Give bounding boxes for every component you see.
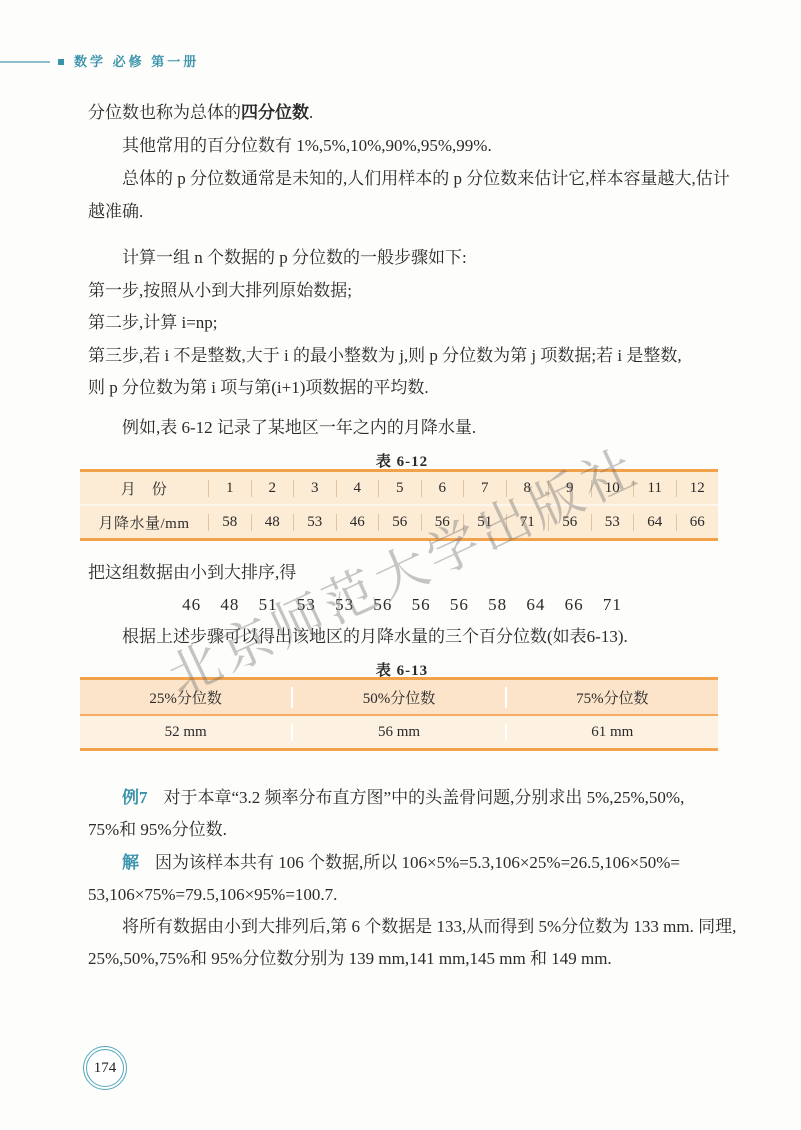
step-line: 则 p 分位数为第 i 项与第(i+1)项数据的平均数. (88, 376, 716, 400)
table-cell: 12 (676, 480, 719, 497)
step-line: 第一步,按照从小到大排列原始数据; (88, 279, 716, 303)
table-cell: 8 (506, 480, 549, 497)
table-6-12-data-row: 月降水量/mm 58 48 53 46 56 56 51 71 56 53 64… (80, 506, 718, 538)
example7-line: 例7对于本章“3.2 频率分布直方图”中的头盖骨问题,分别求出 5%,25%,5… (88, 786, 750, 810)
table-cell: 66 (676, 514, 719, 531)
text-run: 因为该样本共有 106 个数据,所以 106×5%=5.3,106×25%=26… (155, 853, 680, 872)
header-rule (0, 61, 50, 63)
table-cell: 53 (591, 514, 634, 531)
solution-line: 将所有数据由小到大排列后,第 6 个数据是 133,从而得到 5%分位数为 13… (88, 915, 750, 939)
table-6-12-title: 表 6-12 (88, 450, 716, 471)
example-intro-line: 例如,表 6-12 记录了某地区一年之内的月降水量. (88, 416, 750, 440)
table-cell-month-label: 月 份 (80, 478, 208, 499)
table-cell: 6 (421, 480, 464, 497)
solution-line: 解因为该样本共有 106 个数据,所以 106×5%=5.3,106×25%=2… (88, 851, 750, 875)
table-cell: 1 (208, 480, 251, 497)
table-6-12: 月 份 1 2 3 4 5 6 7 8 9 10 11 12 月降水量/mm 5… (80, 469, 718, 541)
table-cell: 46 (336, 514, 379, 531)
book-title: 数学 必修 第一册 (74, 51, 199, 70)
table-cell: 56 (421, 514, 464, 531)
table-cell: 75%分位数 (505, 687, 718, 708)
sorted-values-line: 46 48 51 53 53 56 56 56 58 64 66 71 (88, 593, 716, 617)
page-number: 174 (86, 1049, 124, 1087)
table-6-13-value-row: 52 mm 56 mm 61 mm (80, 716, 718, 748)
table-cell: 61 mm (505, 724, 718, 741)
header-marker-icon (58, 59, 64, 65)
table-cell: 5 (378, 480, 421, 497)
table-cell: 9 (548, 480, 591, 497)
bold-term: 四分位数 (241, 103, 309, 122)
table-cell: 53 (293, 514, 336, 531)
table-cell: 3 (293, 480, 336, 497)
table-cell: 64 (633, 514, 676, 531)
table-6-13-header-row: 25%分位数 50%分位数 75%分位数 (80, 680, 718, 716)
paragraph-line: 总体的 p 分位数通常是未知的,人们用样本的 p 分位数来估计它,样本容量越大,… (88, 167, 750, 191)
table-cell: 56 (378, 514, 421, 531)
table-cell: 56 mm (291, 724, 504, 741)
paragraph-line: 越准确. (88, 200, 716, 224)
table-cell: 56 (548, 514, 591, 531)
solution-line: 53,106×75%=79.5,106×95%=100.7. (88, 883, 716, 907)
textbook-page: 数学 必修 第一册 分位数也称为总体的四分位数. 其他常用的百分位数有 1%,5… (0, 0, 801, 1130)
paragraph-line: 分位数也称为总体的四分位数. (88, 101, 716, 125)
table-cell: 10 (591, 480, 634, 497)
table-cell: 11 (633, 480, 676, 497)
table-6-13: 25%分位数 50%分位数 75%分位数 52 mm 56 mm 61 mm (80, 677, 718, 751)
table-cell: 71 (506, 514, 549, 531)
example7-label: 例7 (122, 788, 148, 807)
table-cell: 58 (208, 514, 251, 531)
table-cell: 7 (463, 480, 506, 497)
table-cell-rainfall-label: 月降水量/mm (80, 512, 208, 533)
sorted-conclusion-line: 根据上述步骤可以得出该地区的月降水量的三个百分位数(如表6-13). (88, 625, 750, 649)
table-cell: 25%分位数 (80, 687, 291, 708)
solution-label: 解 (122, 853, 139, 872)
table-cell: 2 (251, 480, 294, 497)
table-cell: 50%分位数 (291, 687, 504, 708)
text-run: . (309, 103, 313, 122)
table-cell: 52 mm (80, 724, 291, 741)
table-6-12-header-row: 月 份 1 2 3 4 5 6 7 8 9 10 11 12 (80, 472, 718, 506)
table-cell: 4 (336, 480, 379, 497)
table-cell: 51 (463, 514, 506, 531)
text-run: 对于本章“3.2 频率分布直方图”中的头盖骨问题,分别求出 5%,25%,50%… (164, 788, 685, 807)
text-run: 分位数也称为总体的 (88, 103, 241, 122)
paragraph-line: 其他常用的百分位数有 1%,5%,10%,90%,95%,99%. (88, 134, 750, 158)
page-number-badge: 174 (83, 1046, 127, 1090)
step-line: 第二步,计算 i=np; (88, 311, 716, 335)
step-line: 第三步,若 i 不是整数,大于 i 的最小整数为 j,则 p 分位数为第 j 项… (88, 344, 716, 368)
steps-intro-line: 计算一组 n 个数据的 p 分位数的一般步骤如下: (88, 246, 750, 270)
table-cell: 48 (251, 514, 294, 531)
sorted-intro-line: 把这组数据由小到大排序,得 (88, 561, 716, 585)
solution-line: 25%,50%,75%和 95%分位数分别为 139 mm,141 mm,145… (88, 947, 716, 971)
example7-line: 75%和 95%分位数. (88, 818, 716, 842)
